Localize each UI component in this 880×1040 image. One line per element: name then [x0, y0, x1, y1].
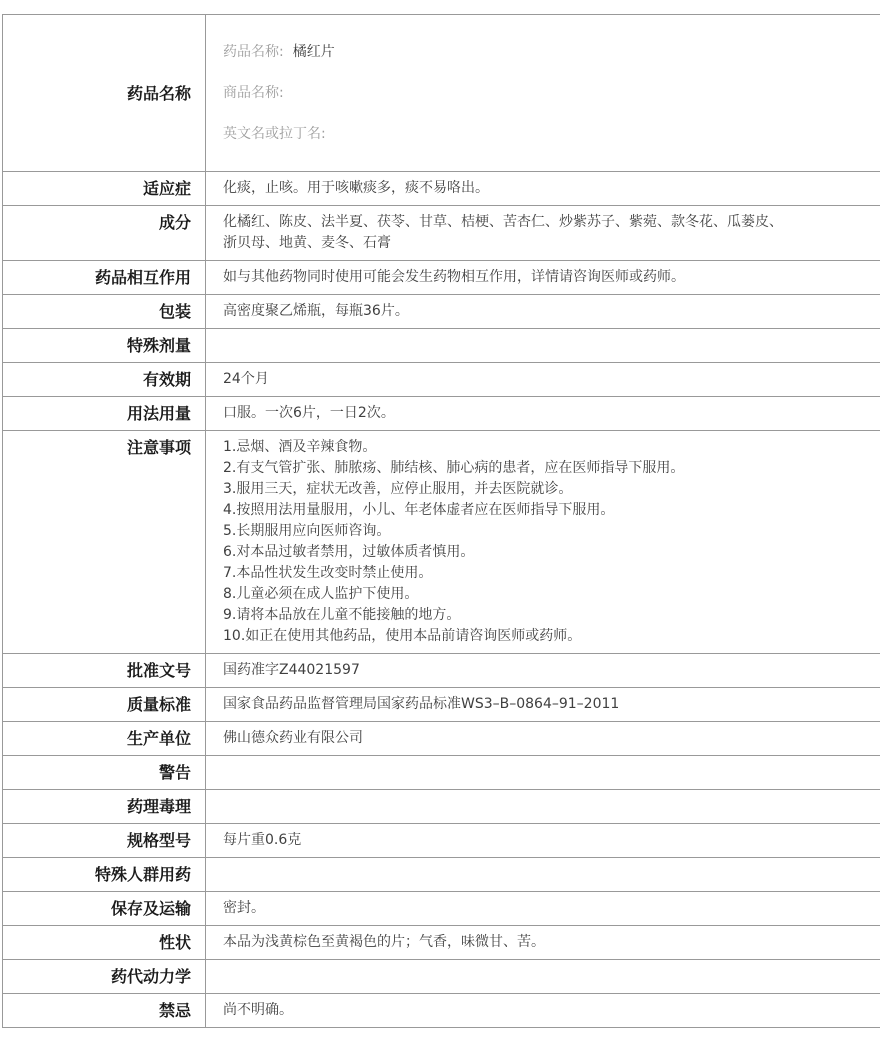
drug-info-table: 药品名称 药品名称:橘红片 商品名称: 英文名或拉丁名: 适应症 化痰，止咳。用…: [2, 14, 880, 1028]
row-label: 药理毒理: [3, 790, 206, 824]
row-value: [206, 790, 880, 824]
row-label: 成分: [3, 206, 206, 261]
row-value: 密封。: [206, 892, 880, 926]
row-label: 包装: [3, 295, 206, 329]
row-value: [206, 329, 880, 363]
row-manufacturer: 生产单位 佛山德众药业有限公司: [3, 722, 880, 756]
row-contraindications: 禁忌 尚不明确。: [3, 994, 880, 1028]
row-approval-number: 批准文号 国药准字Z44021597: [3, 654, 880, 688]
row-value: 1.忌烟、酒及辛辣食物。 2.有支气管扩张、肺脓疡、肺结核、肺心病的患者，应在医…: [206, 431, 880, 654]
english-name-line: 英文名或拉丁名:: [223, 124, 870, 144]
row-drug-interactions: 药品相互作用 如与其他药物同时使用可能会发生药物相互作用，详情请咨询医师或药师。: [3, 261, 880, 295]
field-key: 英文名或拉丁名:: [223, 126, 326, 142]
row-label: 药代动力学: [3, 960, 206, 994]
row-warning: 警告: [3, 756, 880, 790]
row-value: 化橘红、陈皮、法半夏、茯苓、甘草、桔梗、苦杏仁、炒紫苏子、紫菀、款冬花、瓜蒌皮、…: [206, 206, 880, 261]
row-pharmacokinetics: 药代动力学: [3, 960, 880, 994]
row-label: 药品名称: [3, 15, 206, 172]
row-label: 规格型号: [3, 824, 206, 858]
row-label: 适应症: [3, 172, 206, 206]
row-label: 保存及运输: [3, 892, 206, 926]
row-properties: 性状 本品为浅黄棕色至黄褐色的片；气香，味微甘、苦。: [3, 926, 880, 960]
row-label: 性状: [3, 926, 206, 960]
row-shelf-life: 有效期 24个月: [3, 363, 880, 397]
field-value: 橘红片: [293, 44, 335, 60]
row-label: 用法用量: [3, 397, 206, 431]
row-specification: 规格型号 每片重0.6克: [3, 824, 880, 858]
row-value: 化痰，止咳。用于咳嗽痰多，痰不易咯出。: [206, 172, 880, 206]
field-key: 药品名称:: [223, 44, 284, 60]
row-label: 警告: [3, 756, 206, 790]
row-value: 24个月: [206, 363, 880, 397]
row-value: 佛山德众药业有限公司: [206, 722, 880, 756]
row-pharmacology-toxicology: 药理毒理: [3, 790, 880, 824]
row-label: 禁忌: [3, 994, 206, 1028]
row-value: [206, 960, 880, 994]
row-label: 特殊剂量: [3, 329, 206, 363]
row-value: 如与其他药物同时使用可能会发生药物相互作用，详情请咨询医师或药师。: [206, 261, 880, 295]
row-value: 药品名称:橘红片 商品名称: 英文名或拉丁名:: [206, 15, 880, 172]
row-label: 质量标准: [3, 688, 206, 722]
row-packaging: 包装 高密度聚乙烯瓶，每瓶36片。: [3, 295, 880, 329]
trade-name-line: 商品名称:: [223, 83, 870, 103]
row-value: [206, 858, 880, 892]
drug-name-line: 药品名称:橘红片: [223, 42, 870, 62]
row-label: 注意事项: [3, 431, 206, 654]
row-storage-transport: 保存及运输 密封。: [3, 892, 880, 926]
row-quality-standard: 质量标准 国家食品药品监督管理局国家药品标准WS3–B–0864–91–2011: [3, 688, 880, 722]
row-label: 特殊人群用药: [3, 858, 206, 892]
row-precautions: 注意事项 1.忌烟、酒及辛辣食物。 2.有支气管扩张、肺脓疡、肺结核、肺心病的患…: [3, 431, 880, 654]
row-label: 药品相互作用: [3, 261, 206, 295]
row-ingredients: 成分 化橘红、陈皮、法半夏、茯苓、甘草、桔梗、苦杏仁、炒紫苏子、紫菀、款冬花、瓜…: [3, 206, 880, 261]
row-dosage-administration: 用法用量 口服。一次6片，一日2次。: [3, 397, 880, 431]
row-value: [206, 756, 880, 790]
row-indications: 适应症 化痰，止咳。用于咳嗽痰多，痰不易咯出。: [3, 172, 880, 206]
row-value: 高密度聚乙烯瓶，每瓶36片。: [206, 295, 880, 329]
row-label: 批准文号: [3, 654, 206, 688]
row-label: 生产单位: [3, 722, 206, 756]
row-special-populations: 特殊人群用药: [3, 858, 880, 892]
row-value: 本品为浅黄棕色至黄褐色的片；气香，味微甘、苦。: [206, 926, 880, 960]
row-special-dosage: 特殊剂量: [3, 329, 880, 363]
row-value: 国药准字Z44021597: [206, 654, 880, 688]
row-value: 尚不明确。: [206, 994, 880, 1028]
row-value: 国家食品药品监督管理局国家药品标准WS3–B–0864–91–2011: [206, 688, 880, 722]
field-key: 商品名称:: [223, 85, 284, 101]
row-value: 每片重0.6克: [206, 824, 880, 858]
row-label: 有效期: [3, 363, 206, 397]
row-drug-name: 药品名称 药品名称:橘红片 商品名称: 英文名或拉丁名:: [3, 15, 880, 172]
row-value: 口服。一次6片，一日2次。: [206, 397, 880, 431]
